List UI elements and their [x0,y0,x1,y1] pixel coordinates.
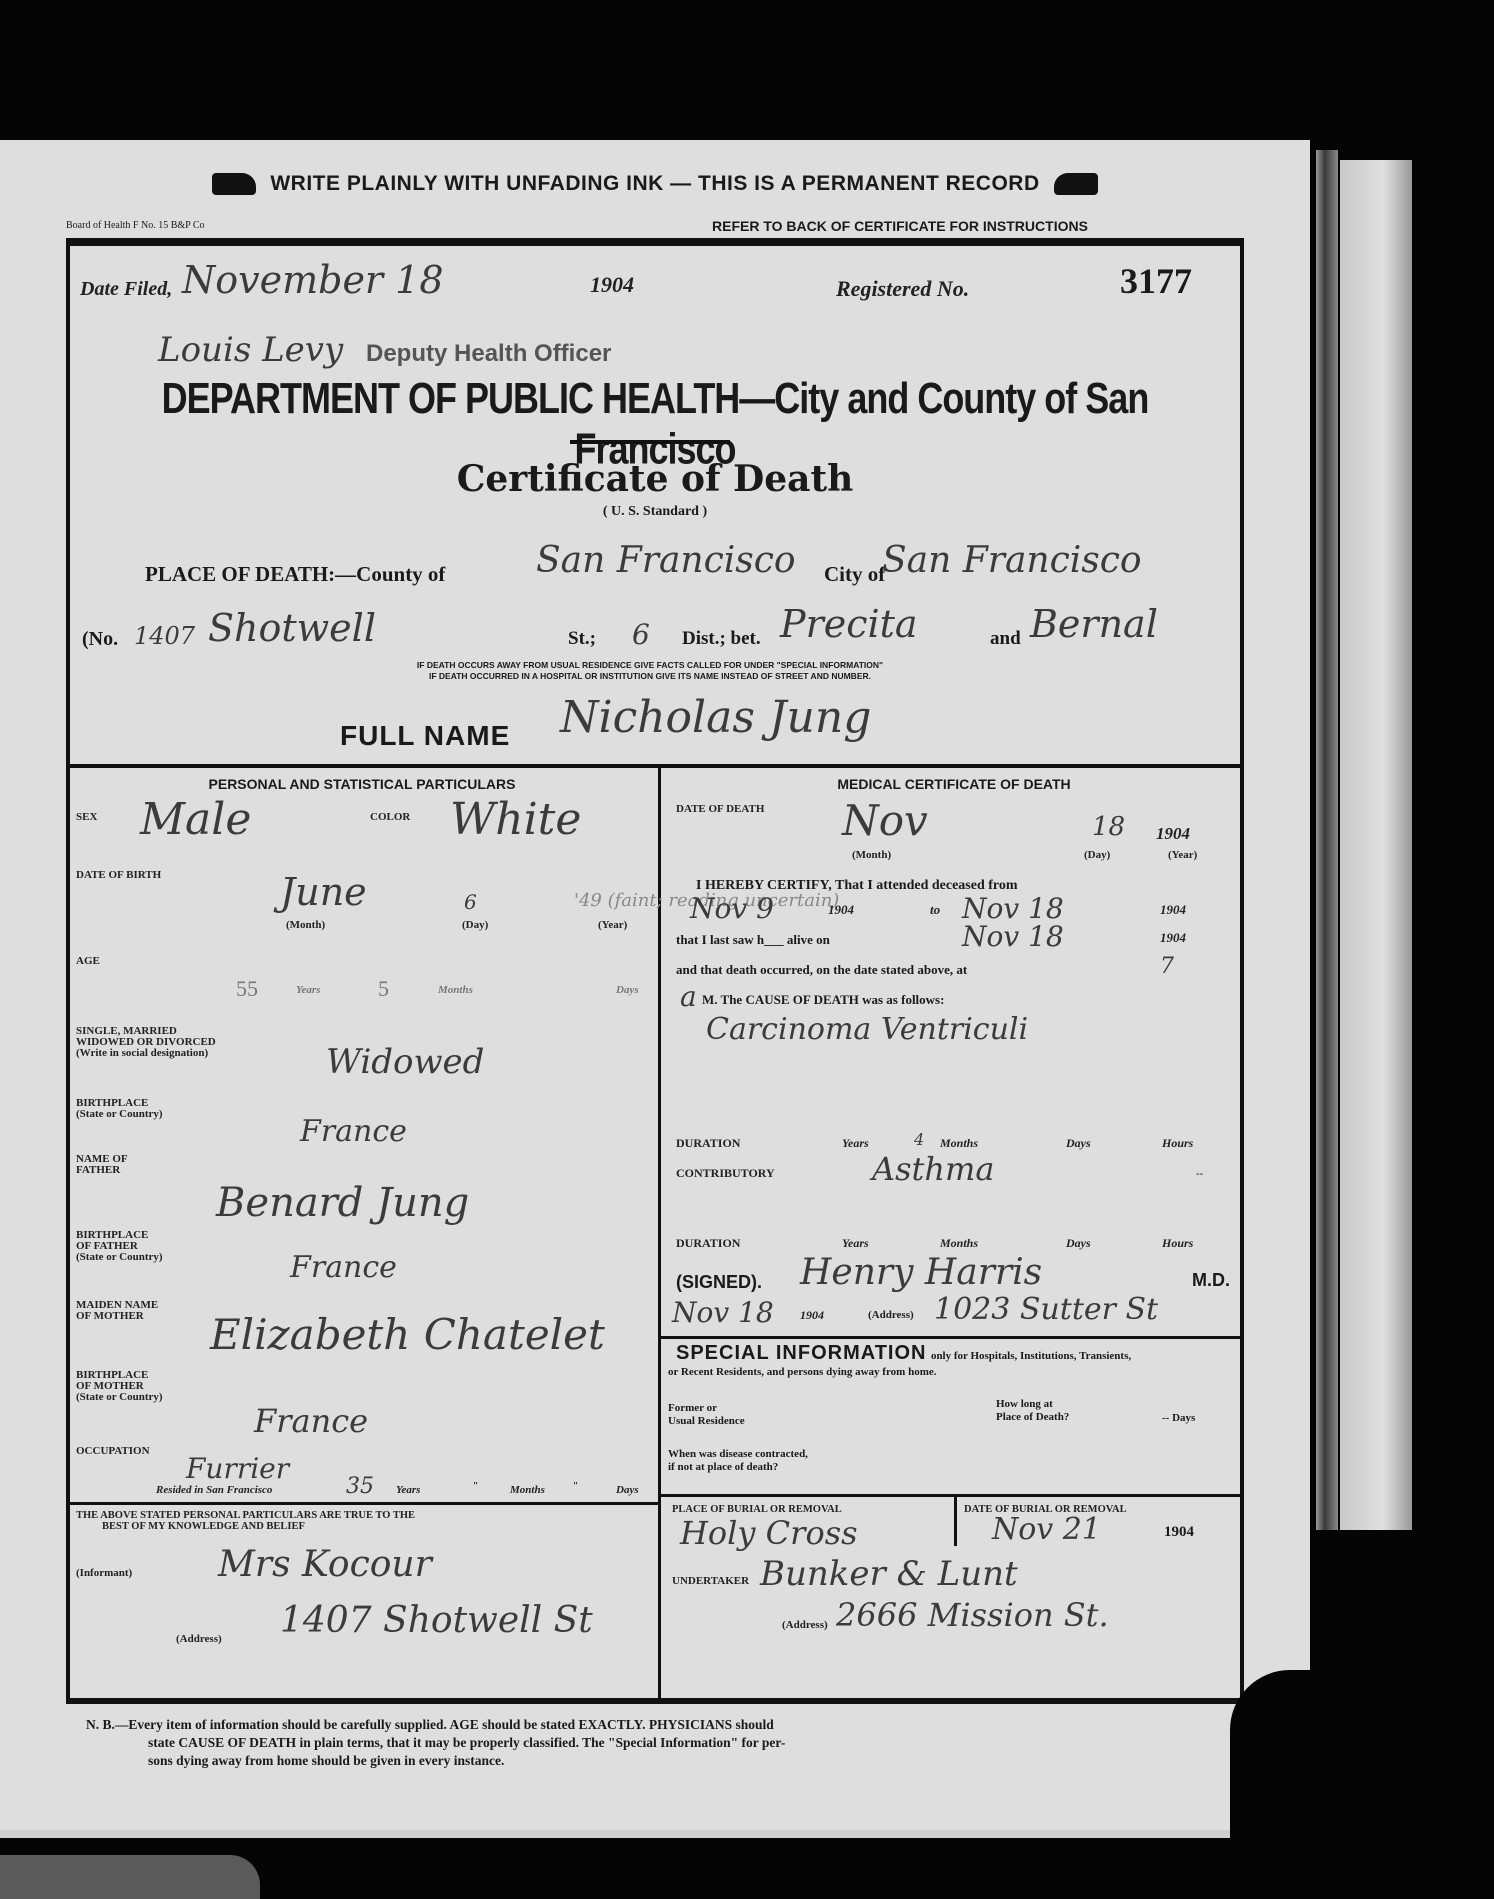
day-caption: (Day) [462,920,488,931]
duration-label: DURATION [676,1138,740,1149]
mother-name-value: Elizabeth Chatelet [210,1310,605,1359]
mother-birthplace-label: BIRTHPLACE OF MOTHER (State or Country) [76,1370,163,1403]
resided-label: Resided in San Francisco [156,1484,272,1496]
background-object [0,1855,260,1899]
county-value: San Francisco [536,540,796,581]
age-months: 5 [378,976,389,1002]
am-pm-value: a [680,980,697,1013]
dod-day: 18 [1092,812,1125,842]
resided-years-caption: Years [396,1484,420,1496]
informant-note-line-2: BEST OF MY KNOWLEDGE AND BELIEF [76,1521,415,1532]
informant-address-value: 1407 Shotwell St [280,1600,593,1641]
certificate-subtitle: ( U. S. Standard ) [110,504,1200,520]
date-filed-label: Date Filed, [80,278,172,301]
duration-years-caption-2: Years [842,1236,869,1251]
special-divider [660,1336,1244,1339]
resided-days: " [572,1480,578,1492]
street-no-value: 1407 [134,622,195,650]
bottom-divider [66,1698,1244,1704]
former-residence-label: Former or Usual Residence [668,1402,745,1428]
death-time-value: 7 [1160,954,1174,979]
death-time-label: and that death occurred, on the date sta… [676,962,967,978]
full-name-value: Nicholas Jung [560,692,871,743]
dod-year: 1904 [1156,824,1190,844]
contracted-line-2: if not at place of death? [668,1461,808,1474]
refer-note: REFER TO BACK OF CERTIFICATE FOR INSTRUC… [712,218,1088,234]
duration-years-caption: Years [842,1136,869,1151]
registered-no-value: 3177 [1120,260,1192,302]
dod-year-caption: (Year) [1168,850,1197,861]
signed-year: 1904 [800,1308,824,1323]
duration-months-value: 4 [914,1130,924,1149]
informant-address-label: (Address) [176,1634,222,1645]
filed-year: 1904 [590,272,634,298]
months-caption: Months [438,984,473,996]
father-label-line-2: FATHER [76,1165,128,1176]
age-label: AGE [76,956,100,967]
certificate-title: Certificate of Death [110,458,1200,500]
street-name-value: Shotwell [208,606,376,650]
dob-day: 6 [464,890,477,914]
nb-footer: N. B.—Every item of information should b… [86,1716,1146,1770]
street-no-label: (No. [82,628,118,651]
resided-months-caption: Months [510,1484,545,1496]
duration-hours-caption-2: Hours [1162,1236,1193,1251]
dod-day-caption: (Day) [1084,850,1110,861]
medical-heading: MEDICAL CERTIFICATE OF DEATH [664,776,1244,792]
father-birthplace-label: BIRTHPLACE OF FATHER (State or Country) [76,1230,163,1263]
special-heading-row: SPECIAL INFORMATION only for Hospitals, … [676,1342,1131,1365]
informant-label: (Informant) [76,1568,132,1579]
cause-value: Carcinoma Ventriculi [706,1012,1028,1047]
how-long-line-1: How long at [996,1398,1069,1411]
month-caption: (Month) [286,920,325,931]
contributory-label: CONTRIBUTORY [676,1168,775,1179]
place-of-death-label: PLACE OF DEATH:—County of [145,562,445,587]
duration-months-caption: Months [940,1136,978,1151]
mother-bp-line-3: (State or Country) [76,1392,163,1403]
page-edge-shadow [1316,150,1338,1530]
full-name-label: FULL NAME [340,720,510,752]
father-bp-line-3: (State or Country) [76,1252,163,1263]
special-note-2: or Recent Residents, and persons dying a… [668,1366,937,1378]
residence-note: IF DEATH OCCURS AWAY FROM USUAL RESIDENC… [210,660,1090,682]
burial-divider [660,1494,1244,1497]
officer-signature: Louis Levy [158,330,343,370]
officer-title: Deputy Health Officer [366,340,611,368]
city-label: City of [824,562,885,587]
birthplace-label: BIRTHPLACE (State or Country) [76,1098,163,1120]
personal-heading: PERSONAL AND STATISTICAL PARTICULARS [66,776,658,792]
dob-month: June [280,870,367,914]
contributory-dash: -- [1196,1168,1203,1180]
father-name-value: Benard Jung [216,1180,469,1226]
contracted-line-1: When was disease contracted, [668,1448,808,1461]
father-name-label: NAME OF FATHER [76,1154,128,1176]
informant-note: THE ABOVE STATED PERSONAL PARTICULARS AR… [76,1510,415,1532]
and-label: and [990,628,1021,650]
burial-column-divider [954,1496,957,1546]
residence-note-line-1: IF DEATH OCCURS AWAY FROM USUAL RESIDENC… [210,660,1090,671]
short-divider [570,440,730,444]
burial-date-value: Nov 21 [992,1512,1101,1547]
years-caption: Years [296,984,320,996]
nb-line-3: sons dying away from home should be give… [86,1752,1146,1770]
sex-value: Male [140,794,251,845]
mother-label-line-2: OF MOTHER [76,1311,158,1322]
attended-from-year: 1904 [828,902,854,918]
last-saw-date: Nov 18 [962,920,1064,953]
dod-month-caption: (Month) [852,850,891,861]
undertaker-address-label: (Address) [782,1620,828,1631]
duration-hours-caption: Hours [1162,1136,1193,1151]
pointing-hand-icon [212,173,256,195]
to-label: to [930,902,940,918]
cause-label: M. The CAUSE OF DEATH was as follows: [702,992,944,1008]
undertaker-address-value: 2666 Mission St. [836,1596,1109,1634]
duration-months-caption-2: Months [940,1236,978,1251]
signed-label: (SIGNED). [676,1272,762,1293]
dod-month: Nov [842,796,928,845]
disease-contracted-label: When was disease contracted, if not at p… [668,1448,808,1474]
special-heading-note: only for Hospitals, Institutions, Transi… [931,1350,1131,1362]
occupation-value: Furrier [186,1452,289,1485]
former-label-line-1: Former or [668,1402,745,1415]
resided-days-caption: Days [616,1484,639,1496]
marital-label-line-3: (Write in social designation) [76,1048,216,1059]
signed-date: Nov 18 [672,1296,774,1329]
how-long-line-2: Place of Death? [996,1411,1069,1424]
days-caption: Days [616,984,639,996]
informant-divider [70,1502,658,1505]
marital-value: Widowed [326,1042,484,1082]
dob-label: DATE OF BIRTH [76,870,161,881]
district-label: Dist.; bet. [682,628,761,650]
city-value: San Francisco [882,540,1142,581]
physician-address-value: 1023 Sutter St [934,1292,1158,1327]
undertaker-value: Bunker & Lunt [760,1554,1018,1594]
physician-address-label: (Address) [868,1310,914,1321]
mother-name-label: MAIDEN NAME OF MOTHER [76,1300,158,1322]
section-divider [66,764,1244,768]
duration-label-2: DURATION [676,1238,740,1249]
resided-years: 35 [346,1474,374,1499]
nb-line-2: state CAUSE OF DEATH in plain terms, tha… [86,1734,1146,1752]
banner: WRITE PLAINLY WITH UNFADING INK — THIS I… [120,172,1190,196]
how-long-label: How long at Place of Death? [996,1398,1069,1424]
district-value: 6 [632,618,650,651]
dod-label: DATE OF DEATH [676,804,764,815]
attended-to-year: 1904 [1160,902,1186,918]
registered-no-label: Registered No. [836,276,969,302]
duration-days-caption: Days [1066,1136,1091,1151]
birthplace-value: France [300,1114,407,1149]
residence-note-line-2: IF DEATH OCCURRED IN A HOSPITAL OR INSTI… [210,671,1090,682]
printer-line: Board of Health F No. 15 B&P Co [66,220,205,231]
occupation-label: OCCUPATION [76,1446,150,1457]
undertaker-label: UNDERTAKER [672,1576,749,1587]
burial-year: 1904 [1164,1524,1194,1541]
date-filed-value: November 18 [182,258,444,302]
father-birthplace-value: France [290,1250,397,1285]
between-street-1: Precita [780,602,918,646]
md-label: M.D. [1192,1270,1230,1291]
special-heading: SPECIAL INFORMATION [676,1342,926,1364]
banner-text: WRITE PLAINLY WITH UNFADING INK — THIS I… [270,172,1039,195]
scanner-shadow [1230,1670,1494,1899]
mother-birthplace-value: France [254,1402,368,1440]
attended-from: Nov 9 [690,892,774,925]
last-saw-label: that I last saw h___ alive on [676,932,830,948]
color-value: White [450,794,581,845]
last-saw-year: 1904 [1160,930,1186,946]
marital-label: SINGLE, MARRIED WIDOWED OR DIVORCED (Wri… [76,1026,216,1059]
resided-months: " [472,1480,478,1492]
burial-place-value: Holy Cross [680,1514,858,1552]
adjacent-page-edge [1340,160,1412,1530]
color-label: COLOR [370,812,410,823]
birthplace-label-line-2: (State or Country) [76,1109,163,1120]
informant-value: Mrs Kocour [218,1544,432,1585]
age-years: 55 [236,976,258,1002]
informant-note-line-1: THE ABOVE STATED PERSONAL PARTICULARS AR… [76,1510,415,1521]
year-caption: (Year) [598,920,627,931]
former-label-line-2: Usual Residence [668,1415,745,1428]
duration-days-caption-2: Days [1066,1236,1091,1251]
death-certificate-page: WRITE PLAINLY WITH UNFADING INK — THIS I… [0,140,1310,1830]
contributory-value: Asthma [872,1150,994,1188]
how-long-days: -- Days [1162,1412,1195,1424]
sex-label: SEX [76,812,97,823]
st-label: St.; [568,628,596,650]
between-street-2: Bernal [1030,602,1158,646]
pointing-hand-icon [1054,173,1098,195]
nb-line-1: N. B.—Every item of information should b… [86,1716,1146,1734]
physician-signature: Henry Harris [800,1252,1042,1293]
